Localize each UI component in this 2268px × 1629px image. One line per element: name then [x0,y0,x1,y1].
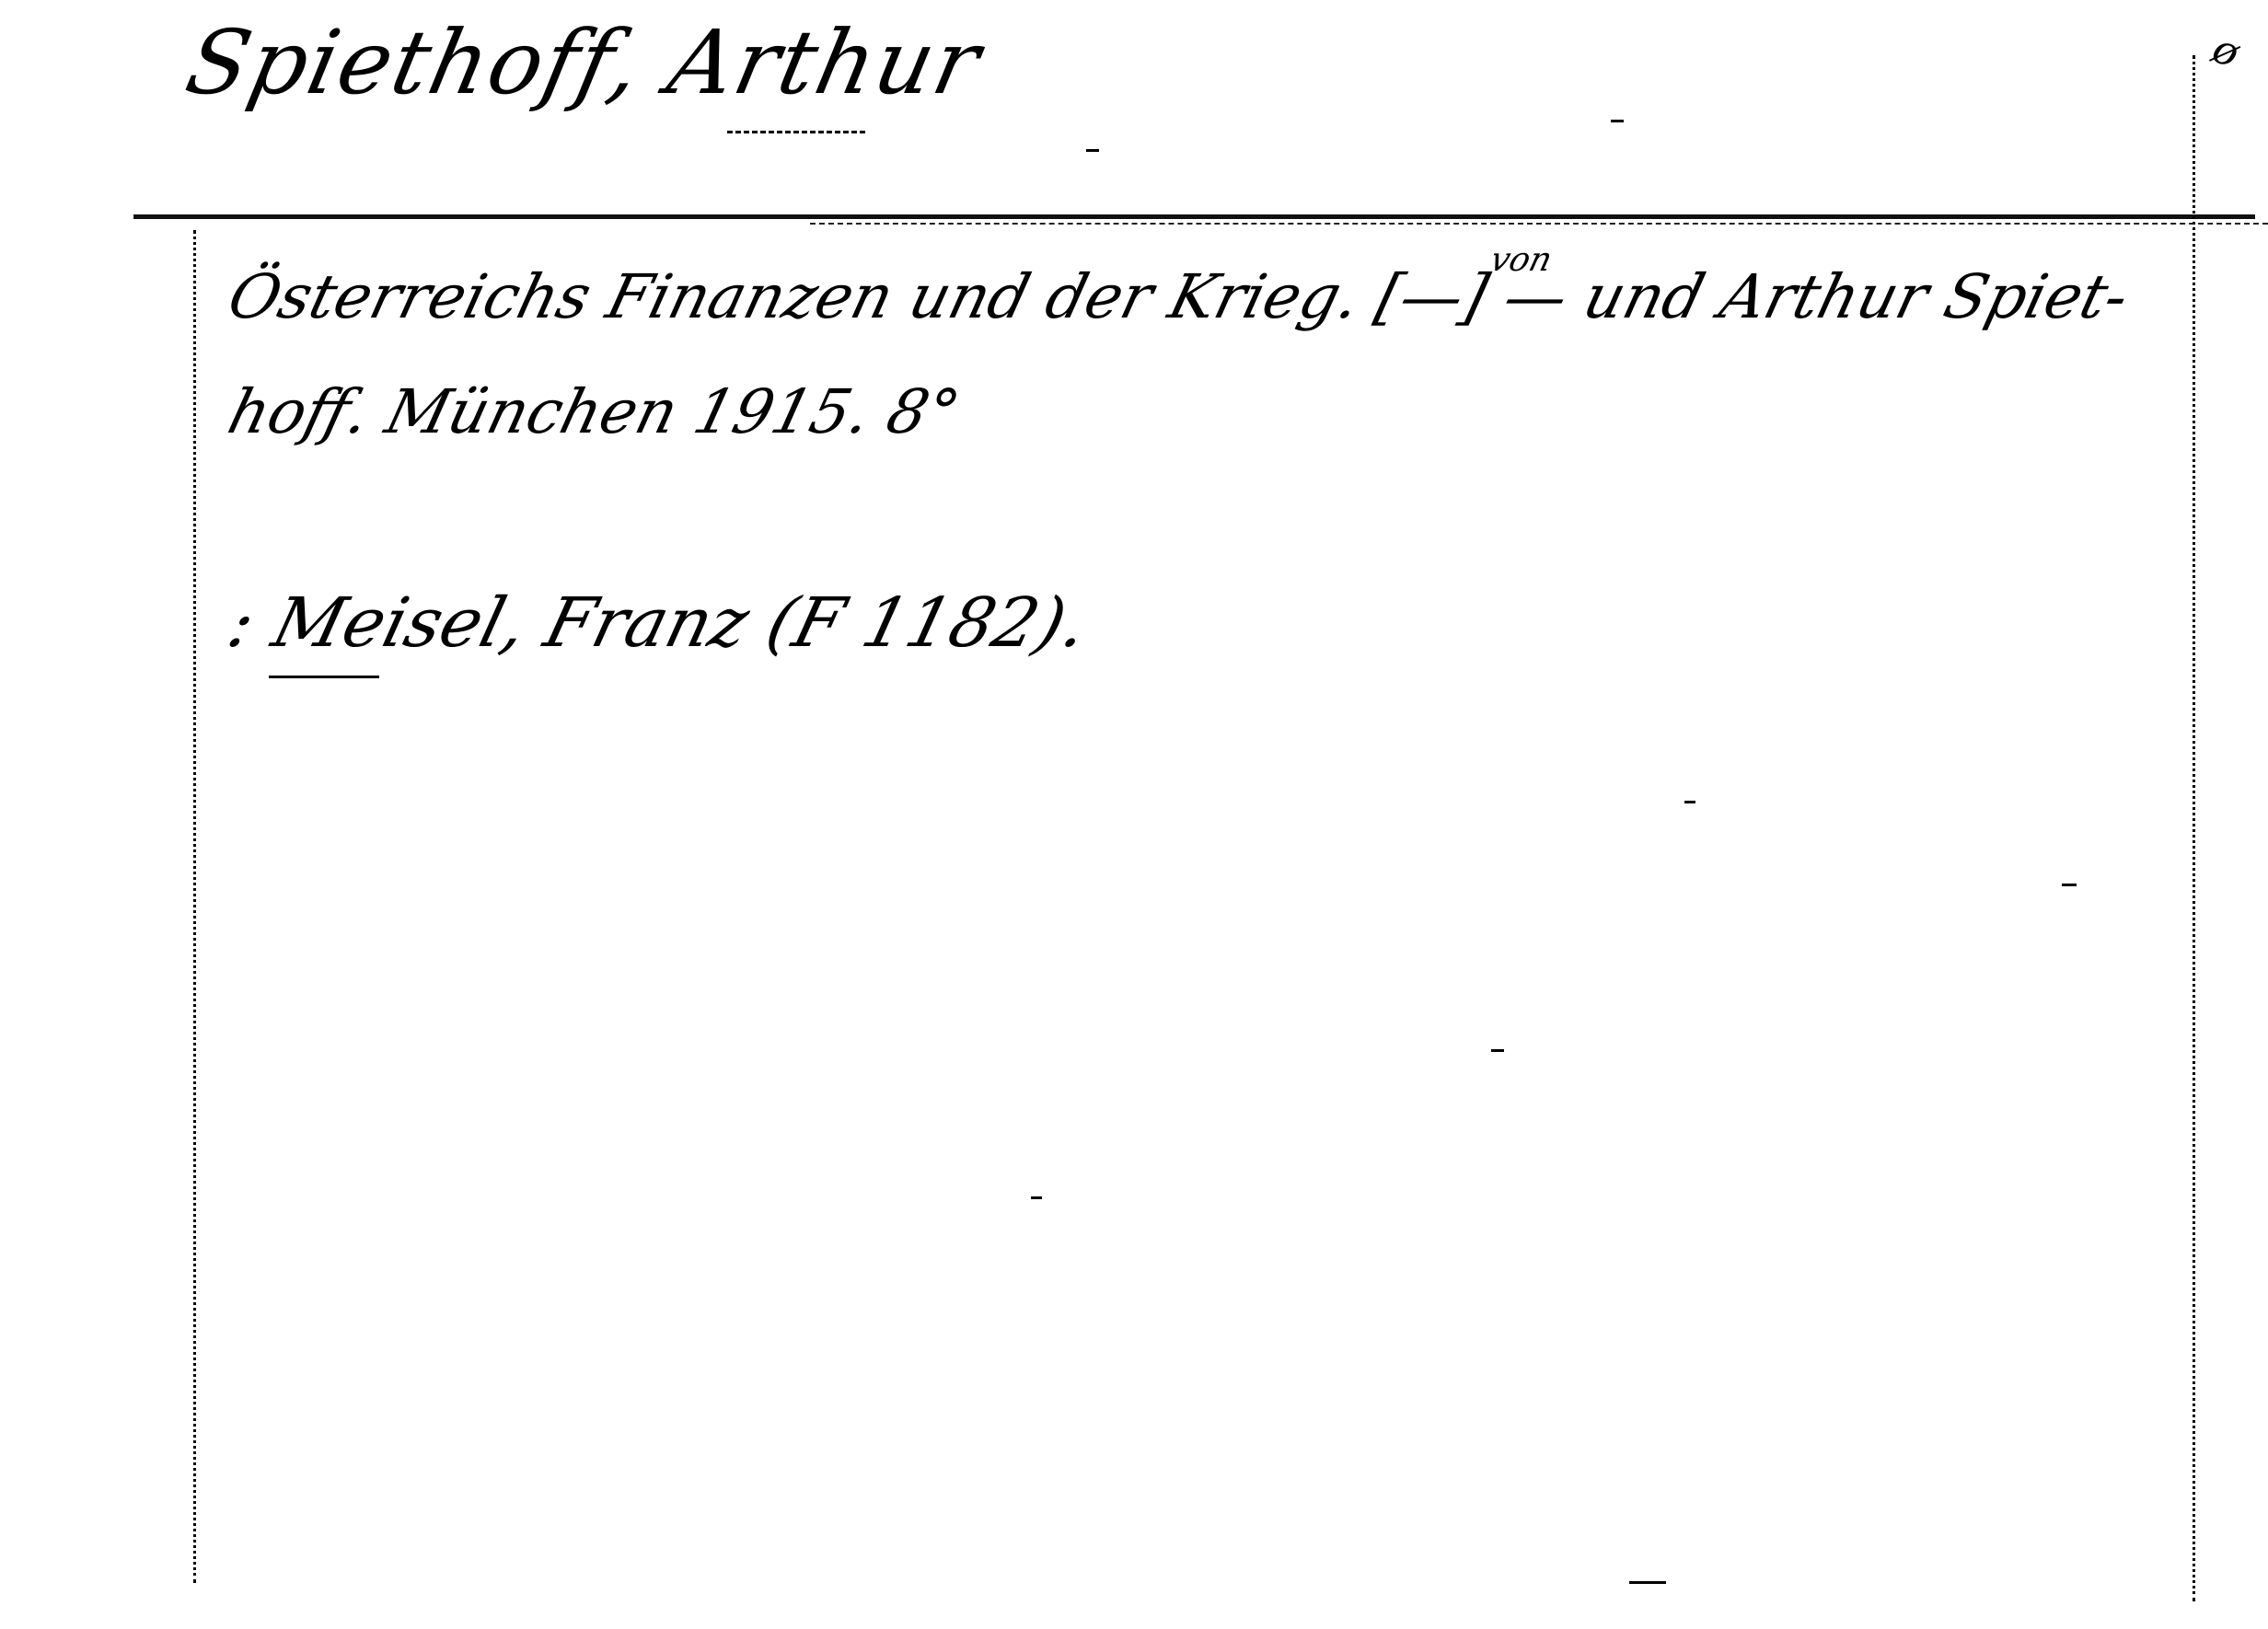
scan-speck [1031,1196,1042,1199]
card-heading-author: Spiethoff, Arthur [179,18,989,107]
entry-title-line: Österreichs Finanzen und der Krieg. [—] … [223,267,2135,328]
scan-speck [1611,120,1624,122]
header-rule [133,214,2255,219]
scan-speck [1491,1049,1504,1052]
cross-reference: : Meisel, Franz (F 1182). [222,589,1094,657]
right-margin-line [2193,55,2195,1601]
scan-speck [2062,884,2077,886]
header-rule-secondary [810,223,2268,225]
entry-imprint-line: hoff. München 1915. 8° [223,382,966,443]
scan-speck [1684,801,1695,803]
scan-speck [1629,1581,1666,1584]
corner-mark: ø [2206,25,2245,77]
catalog-card: Spiethoff, Arthur ø von Österreichs Fina… [0,0,2268,1629]
heading-underline [727,131,865,133]
cross-reference-underline [269,676,379,678]
left-margin-line [193,230,196,1583]
scan-speck [1086,149,1099,152]
